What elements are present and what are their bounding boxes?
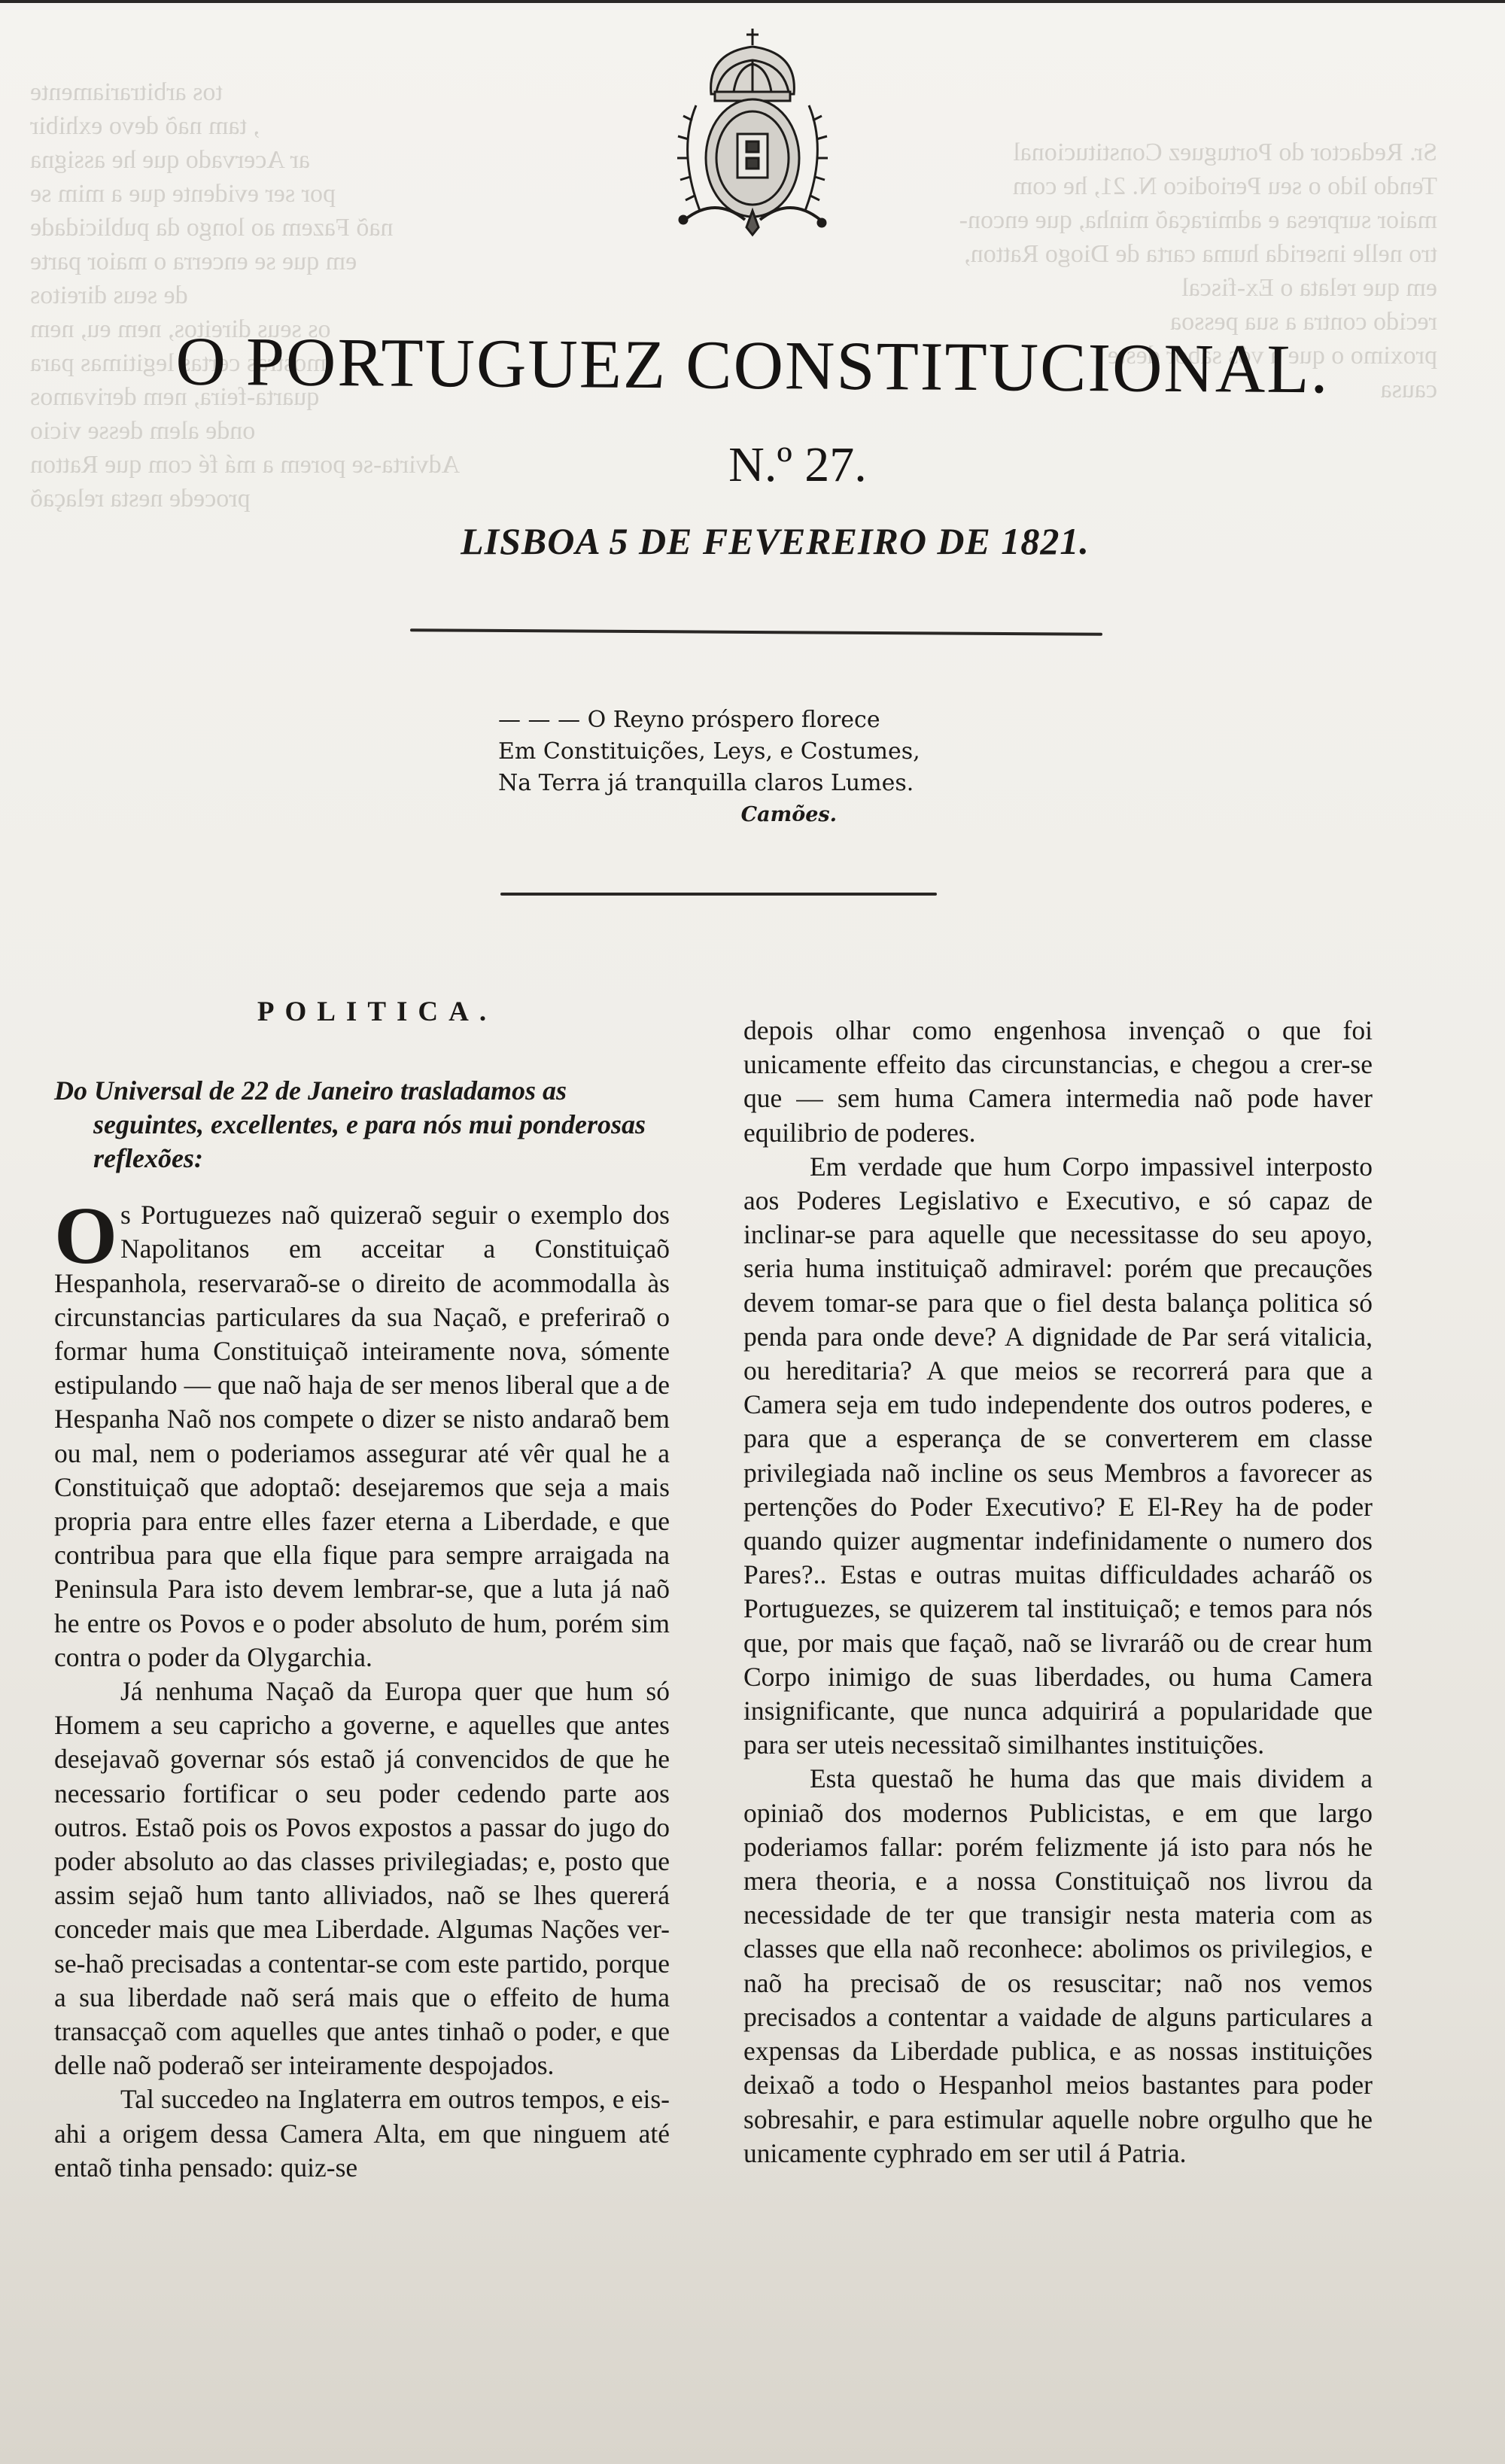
article-paragraph: Tal succedeo na Inglaterra em outros tem…: [54, 2082, 670, 2185]
epigraph-line: Em Constituições, Leys, e Costumes,: [498, 736, 980, 768]
article-paragraph: Os Portuguezes naõ quizeraõ seguir o exe…: [54, 1198, 670, 1675]
article-lead-in: Do Universal de 22 de Janeiro trasladamo…: [54, 1074, 670, 1176]
article-paragraph: Já nenhuma Naçaõ da Europa quer que hum …: [54, 1675, 670, 2082]
epigraph-attribution: Camões.: [498, 799, 980, 831]
page-top-edge: [0, 0, 1505, 3]
article-paragraph-text: s Portuguezes naõ quizeraõ seguir o exem…: [54, 1200, 670, 1672]
issue-number: N.º 27.: [0, 437, 1505, 494]
epigraph-divider-rule: [500, 893, 937, 896]
masthead-divider-rule: [410, 628, 1102, 636]
drop-cap: O: [54, 1206, 117, 1267]
epigraph-line: — — — O Reyno próspero florece: [498, 704, 980, 736]
royal-coat-of-arms-icon: [662, 23, 843, 248]
epigraph-line: Na Terra já tranquilla claros Lumes.: [498, 768, 980, 799]
article-paragraph: Esta questaõ he huma das que mais divide…: [743, 1762, 1373, 2170]
article-column-right: depois olhar como engenhosa invençaõ o q…: [743, 1014, 1373, 2170]
section-heading: POLITICA.: [54, 995, 670, 1029]
article-paragraph: depois olhar como engenhosa invençaõ o q…: [743, 1014, 1373, 1150]
epigraph: — — — O Reyno próspero florece Em Consti…: [498, 704, 980, 831]
article-paragraph: Em verdade que hum Corpo impassivel inte…: [743, 1150, 1373, 1763]
newspaper-title: O PORTUGUEZ CONSTITUCIONAL.: [0, 320, 1505, 410]
issue-dateline: LISBOA 5 DE FEVEREIRO DE 1821.: [0, 519, 1505, 563]
article-column-left: POLITICA. Do Universal de 22 de Janeiro …: [54, 995, 670, 2185]
